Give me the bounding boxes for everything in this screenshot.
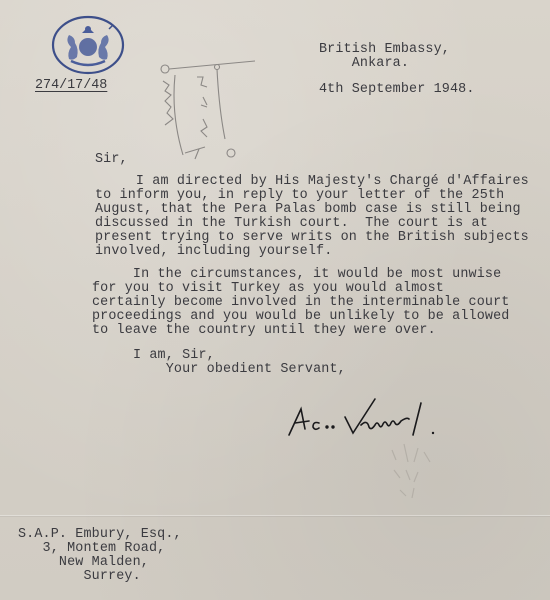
body-line: involved, including yourself. xyxy=(95,245,332,259)
sender-address-line-2: Ankara. xyxy=(319,57,409,71)
pencil-annotation xyxy=(155,55,255,165)
recipient-line-4: Surrey. xyxy=(18,570,141,584)
salutation: Sir, xyxy=(95,153,128,167)
paper-fold-line xyxy=(0,515,550,516)
letter-date: 4th September 1948. xyxy=(319,83,475,97)
royal-coat-of-arms-icon xyxy=(51,15,125,75)
reference-number: 274/17/48 xyxy=(35,78,107,93)
body-line: to leave the country until they were ove… xyxy=(92,324,436,338)
closing-line-2: Your obedient Servant, xyxy=(133,363,346,377)
faint-ink-bleed xyxy=(380,430,450,510)
